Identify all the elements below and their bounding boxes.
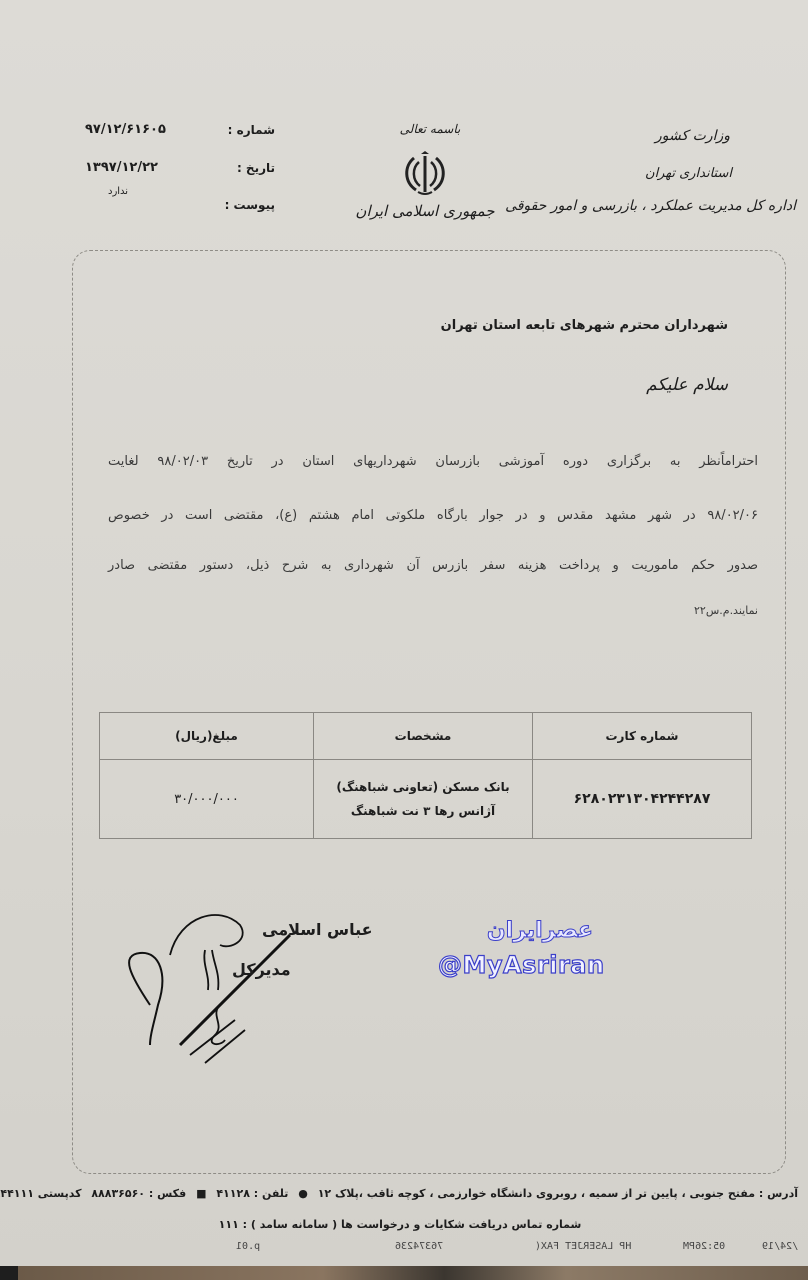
cell-details: بانک مسکن (تعاونی شباهنگ) آژانس رها ۳ نت… — [314, 760, 533, 839]
table-row: ۶۲۸۰۲۳۱۳۰۴۲۴۴۲۸۷ بانک مسکن (تعاونی شباهن… — [100, 760, 752, 839]
footer-address: آدرس : مفتح جنوبی ، پایین تر از سمیه ، ر… — [318, 1187, 798, 1200]
footer-phone: تلفن : ۴۱۱۲۸ — [216, 1187, 288, 1200]
iran-emblem-icon — [400, 148, 450, 198]
payment-table: شماره کارت مشخصات مبلغ(ریال) ۶۲۸۰۲۳۱۳۰۴۲… — [99, 712, 752, 839]
letter-number-label: شماره : — [228, 123, 275, 137]
attachment-row: پیوست : — [85, 198, 275, 212]
letter-date-value: ۱۳۹۷/۱۲/۲۲ — [85, 160, 158, 175]
letter-addressee: شهرداران محترم شهرهای تابعه استان تهران — [441, 318, 728, 333]
signatory-name: عباس اسلامی — [262, 920, 373, 939]
watermark-handle: @MyAsriran — [438, 951, 605, 979]
signatory-title: مدیرکل — [232, 960, 291, 979]
fax-stamp-page: p.01 — [236, 1241, 260, 1252]
fax-stamp-date: /24/19 — [762, 1241, 798, 1252]
fax-stamp-time: 05:26PM — [683, 1241, 725, 1252]
footer-postal-code: کدپستی ۱۵۸۱۸۴۴۱۱۱ — [0, 1187, 81, 1200]
footer-contact: شماره تماس دریافت شکایات و درخواست ها ( … — [200, 1218, 600, 1231]
letter-number-row: ۹۷/۱۲/۶۱۶۰۵ شماره : — [85, 122, 275, 137]
details-line-2: آژانس رها ۳ نت شباهنگ — [315, 799, 531, 823]
paragraph-line-2: ۹۸/۰۲/۰۶ در شهر مشهد مقدس و در جوار بارگ… — [108, 508, 758, 523]
department-name: اداره کل مدیریت عملکرد ، بازرسی و امور ح… — [505, 198, 796, 214]
cell-amount: ۳۰/۰۰۰/۰۰۰ — [100, 760, 314, 839]
header-amount: مبلغ(ریال) — [100, 713, 314, 760]
details-line-1: بانک مسکن (تعاونی شباهنگ) — [315, 775, 531, 799]
table-header-row: شماره کارت مشخصات مبلغ(ریال) — [100, 713, 752, 760]
attachment-value: ندارد — [108, 186, 128, 197]
invocation-text: باسمه تعالی — [395, 122, 465, 136]
republic-title: جمهوری اسلامی ایران — [355, 202, 495, 220]
letter-salutation: سلام علیکم — [646, 375, 728, 395]
fax-icon: ■ — [196, 1187, 206, 1200]
fax-stamp-device: HP LASERJET FAX( — [535, 1241, 631, 1252]
cell-card-number: ۶۲۸۰۲۳۱۳۰۴۲۴۴۲۸۷ — [533, 760, 752, 839]
phone-icon: ● — [298, 1187, 308, 1200]
watermark-persian: عصرایران — [470, 918, 610, 943]
header-card-number: شماره کارت — [533, 713, 752, 760]
paragraph-line-1: احتراماًنظر به برگزاری دوره آموزشی بازرس… — [108, 454, 758, 469]
letter-date-label: تاریخ : — [237, 161, 275, 175]
paragraph-line-4: نمایند.م.س۲۲ — [108, 604, 758, 617]
footer-fax: فکس : ۸۸۸۳۶۵۶۰ — [91, 1187, 186, 1200]
letter-date-row: ۱۳۹۷/۱۲/۲۲ تاریخ : — [85, 160, 275, 175]
footer-address-line: آدرس : مفتح جنوبی ، پایین تر از سمیه ، ر… — [68, 1187, 798, 1200]
attachment-label: پیوست : — [225, 198, 275, 212]
letter-number-value: ۹۷/۱۲/۶۱۶۰۵ — [85, 122, 166, 137]
paragraph-line-3: صدور حکم ماموریت و پرداخت هزینه سفر بازر… — [108, 558, 758, 573]
governorate-name: استانداری تهران — [645, 166, 732, 181]
letter-page: ۹۷/۱۲/۶۱۶۰۵ شماره : ۱۳۹۷/۱۲/۲۲ تاریخ : ن… — [0, 0, 808, 1268]
fax-stamp-number: 76374236 — [395, 1241, 443, 1252]
header-details: مشخصات — [314, 713, 533, 760]
photo-background-strip — [0, 1266, 808, 1280]
ministry-name: وزارت کشور — [655, 128, 730, 144]
